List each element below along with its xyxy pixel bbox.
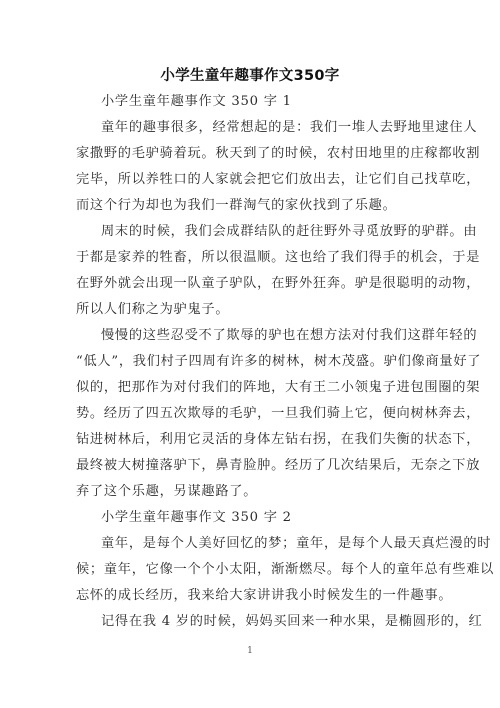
text-line: 所以人们称之为驴鬼子。 (76, 301, 420, 319)
text-line: 小学生童年趣事作文 350 字 1 (101, 93, 420, 111)
text-line: “低人”，我们村子四周有许多的树林，树木茂盛。驴们像商量好了 (76, 353, 420, 371)
text-line: 家撒野的毛驴骑着玩。秋天到了的时候，农村田地里的庄稼都收割 (76, 145, 420, 163)
text-line: 完毕，所以养牲口的人家就会把它们放出去，让它们自己找草吃， (76, 171, 420, 189)
page-number: 1 (0, 646, 500, 656)
text-line: 而这个行为却也为我们一群淘气的家伙找到了乐趣。 (76, 197, 420, 215)
text-line: 于都是家养的牲畜，所以很温顺。这也给了我们得手的机会，于是 (76, 249, 420, 267)
text-line: 弃了这个乐趣，另谋趣路了。 (76, 483, 420, 501)
text-line: 最终被大树撞落驴下，鼻青脸肿。经历了几次结果后，无奈之下放 (76, 457, 420, 475)
text-line: 在野外就会出现一队童子驴队，在野外狂奔。驴是很聪明的动物， (76, 275, 420, 293)
text-line: 童年，是每个人美好回忆的梦；童年，是每个人最天真烂漫的时 (101, 535, 420, 553)
text-line: 周末的时候，我们会成群结队的赶往野外寻觅放野的驴群。由 (101, 223, 420, 241)
text-line: 候；童年，它像一个个小太阳，渐渐燃尽。每个人的童年总有些难以 (76, 561, 420, 579)
text-line: 童年的趣事很多，经常想起的是：我们一堆人去野地里逮住人 (101, 119, 420, 137)
document-page: 小学生童年趣事作文350字 小学生童年趣事作文 350 字 1童年的趣事很多，经… (0, 0, 500, 708)
text-line: 似的，把那作为对付我们的阵地，大有王二小领鬼子进包围圈的架 (76, 379, 420, 397)
text-line: 势。经历了四五次欺辱的毛驴，一旦我们骑上它，便向树林奔去， (76, 405, 420, 423)
text-line: 记得在我 4 岁的时候，妈妈买回来一种水果，是椭圆形的，红 (101, 613, 420, 631)
text-line: 忘怀的成长经历，我来给大家讲讲我小时候发生的一件趣事。 (76, 587, 420, 605)
text-line: 小学生童年趣事作文 350 字 2 (101, 509, 420, 527)
text-line: 慢慢的这些忍受不了欺辱的驴也在想方法对付我们这群年轻的 (101, 327, 420, 345)
document-title: 小学生童年趣事作文350字 (0, 64, 500, 85)
text-line: 钻进树林后，利用它灵活的身体左钻右拐，在我们失衡的状态下， (76, 431, 420, 449)
